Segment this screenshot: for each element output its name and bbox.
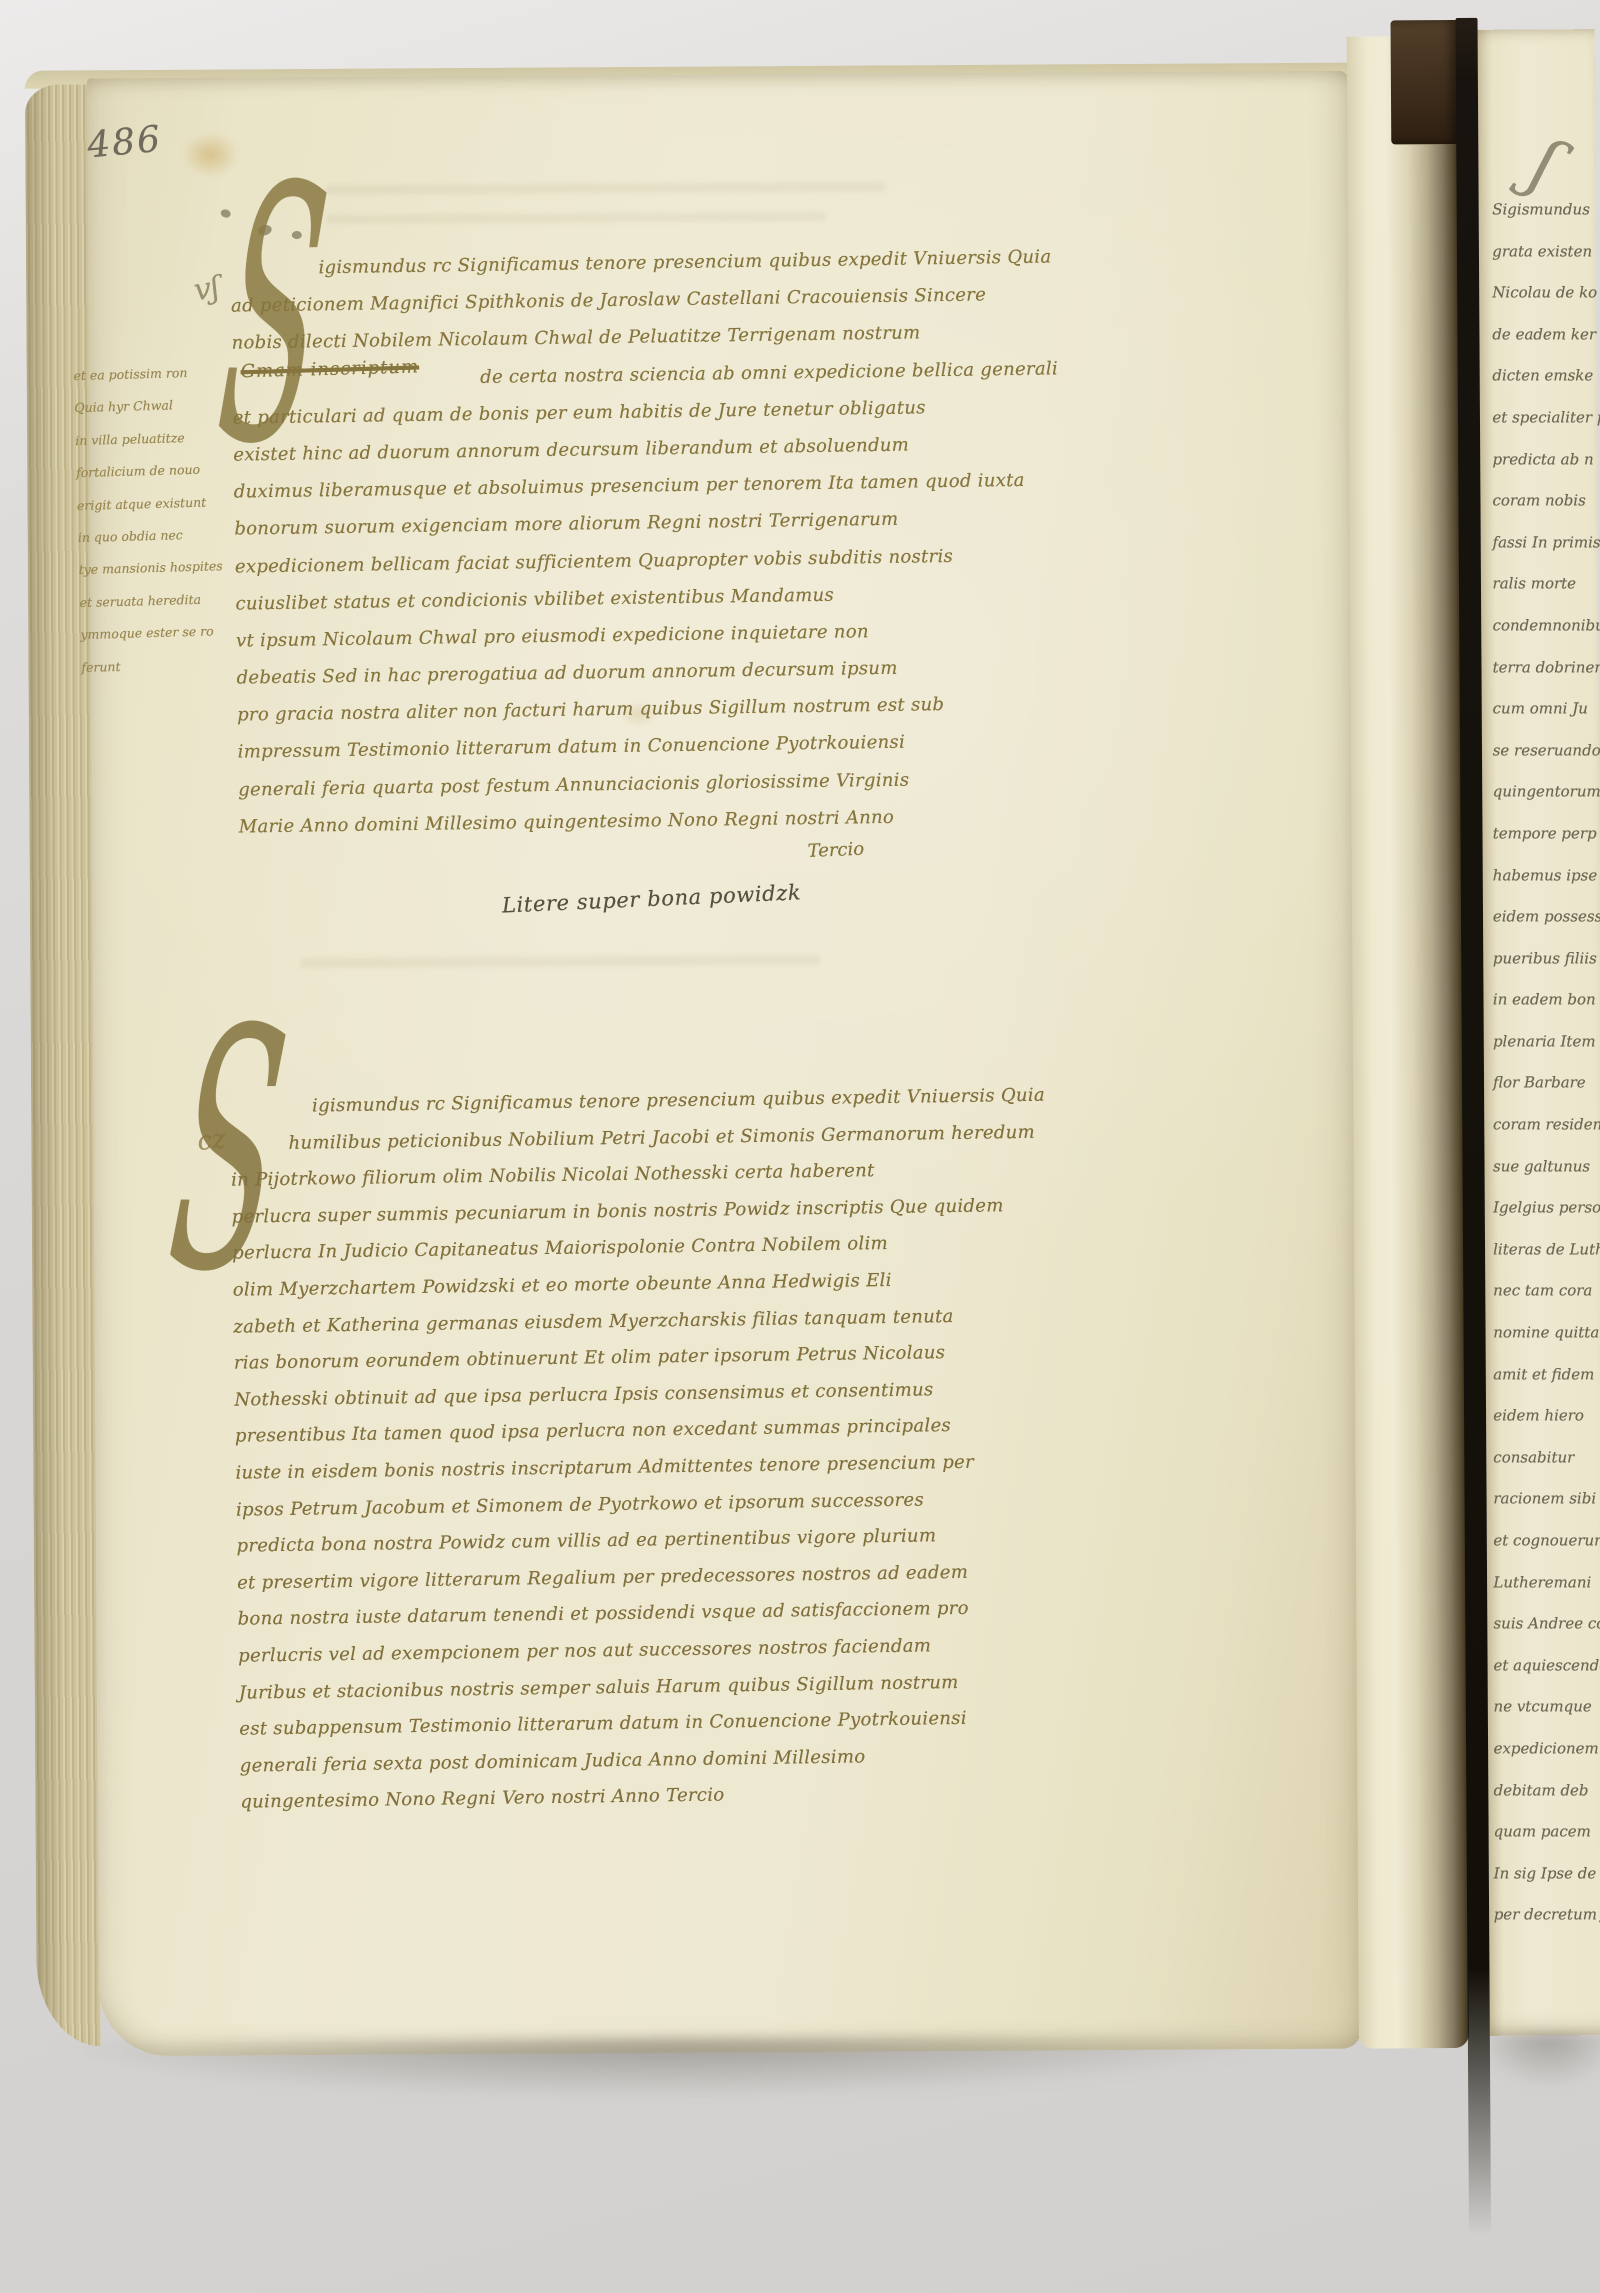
manuscript-line-fragment: nec tam cora [1493, 1282, 1600, 1324]
manuscript-line-fragment: Lutheremani [1493, 1573, 1600, 1615]
book-shadow [47, 2034, 1427, 2122]
manuscript-line-fragment: expedicionem fa [1494, 1739, 1600, 1781]
margin-note-line: tye mansionis hospites [79, 558, 238, 595]
manuscript-line-fragment: eidem hiero [1493, 1407, 1600, 1449]
entry-1-text-block: igismundus rc Significamus tenore presen… [230, 248, 951, 853]
manuscript-line-fragment: eidem possessio [1493, 907, 1600, 949]
manuscript-line-fragment: Nicolau de ko [1492, 284, 1600, 326]
manuscript-line-fragment: cum omni Ju [1493, 699, 1600, 741]
manuscript-line-fragment: et aquiescendo [1493, 1656, 1600, 1698]
manuscript-line-fragment: tempore perp [1493, 824, 1600, 866]
manuscript-line-fragment: fassi In primis [1492, 533, 1600, 575]
entry-1-closing-word: Tercio [807, 839, 864, 862]
manuscript-line-fragment: de eadem ker [1492, 325, 1600, 367]
open-book: 486 vʃ cz et ea potissim ronQuia hyr Chw… [0, 0, 1600, 2293]
manuscript-line-fragment: plenaria Item [1493, 1032, 1600, 1074]
manuscript-line-fragment: predicta ab n [1492, 450, 1600, 492]
manuscript-line-fragment: et specialiter p [1492, 408, 1600, 450]
manuscript-line-fragment: in eadem bon [1493, 991, 1600, 1033]
manuscript-line-fragment: terra dobrinen [1493, 658, 1600, 700]
parchment-stain [181, 131, 239, 177]
margin-note-line: ferunt [81, 655, 240, 692]
margin-flourish-vs: vʃ [192, 270, 222, 308]
manuscript-line-fragment: et cognouerunt [1493, 1531, 1600, 1573]
recto-text-fragments: Sigismundusgrata existenNicolau de kode … [1492, 200, 1600, 1947]
entry-2-text-block: igismundus rc Significamus tenore presen… [230, 1086, 973, 1829]
manuscript-line-fragment: amit et fidem [1493, 1365, 1600, 1407]
manuscript-line-fragment: habemus ipse [1493, 866, 1600, 908]
manuscript-line-fragment: grata existen [1492, 242, 1600, 284]
manuscript-line-fragment: quingentorum [1493, 783, 1600, 825]
manuscript-line-fragment: coram residen [1493, 1115, 1600, 1157]
margin-note-line: et ea potissim ron [73, 364, 232, 401]
margin-note-line: in quo obdia nec [78, 526, 237, 563]
binding-spine-block [1391, 20, 1460, 144]
margin-note-line: Quia hyr Chwal [74, 396, 233, 433]
manuscript-line-fragment: racionem sibi sa [1493, 1490, 1600, 1532]
manuscript-line-fragment: se reseruando [1493, 741, 1600, 783]
margin-note: et ea potissim ronQuia hyr Chwalin villa… [73, 364, 240, 692]
manuscript-line-fragment: sue galtunus [1493, 1157, 1600, 1199]
manuscript-photo: 486 vʃ cz et ea potissim ronQuia hyr Chw… [0, 0, 1600, 2293]
page-gutter [1347, 36, 1469, 2049]
manuscript-line-fragment: dicten emske [1492, 367, 1600, 409]
manuscript-line-fragment: In sig Ipse de [1494, 1864, 1600, 1906]
manuscript-line-fragment: ralis morte [1493, 575, 1600, 617]
recto-page-shadow [1490, 2033, 1600, 2104]
folio-number: 486 [86, 119, 164, 167]
margin-note-line: et seruata heredita [79, 590, 238, 627]
manuscript-line-fragment: debitam deb [1494, 1781, 1600, 1823]
manuscript-line-fragment: Igelgius persol [1493, 1199, 1600, 1241]
manuscript-line-fragment: suis Andree co [1493, 1615, 1600, 1657]
manuscript-line-fragment: flor Barbare [1493, 1074, 1600, 1116]
manuscript-line-fragment: consabitur [1493, 1448, 1600, 1490]
manuscript-line-fragment: ne vtcumque [1494, 1698, 1600, 1740]
manuscript-line-fragment: pueribus filiis [1493, 949, 1600, 991]
manuscript-line-fragment: Sigismundus [1492, 200, 1600, 242]
manuscript-line-fragment: literas de Luth [1493, 1240, 1600, 1282]
manuscript-line-fragment: coram nobis [1492, 491, 1600, 533]
margin-note-line: ymmoque ester se ro [80, 623, 239, 660]
margin-note-line: in villa peluatitze [75, 429, 234, 466]
manuscript-line-fragment: quam pacem [1494, 1822, 1600, 1864]
manuscript-line-fragment: per decretum Ju [1494, 1906, 1600, 1948]
manuscript-line-fragment: condemnonibus [1493, 616, 1600, 658]
manuscript-line-fragment: nomine quittab [1493, 1323, 1600, 1365]
